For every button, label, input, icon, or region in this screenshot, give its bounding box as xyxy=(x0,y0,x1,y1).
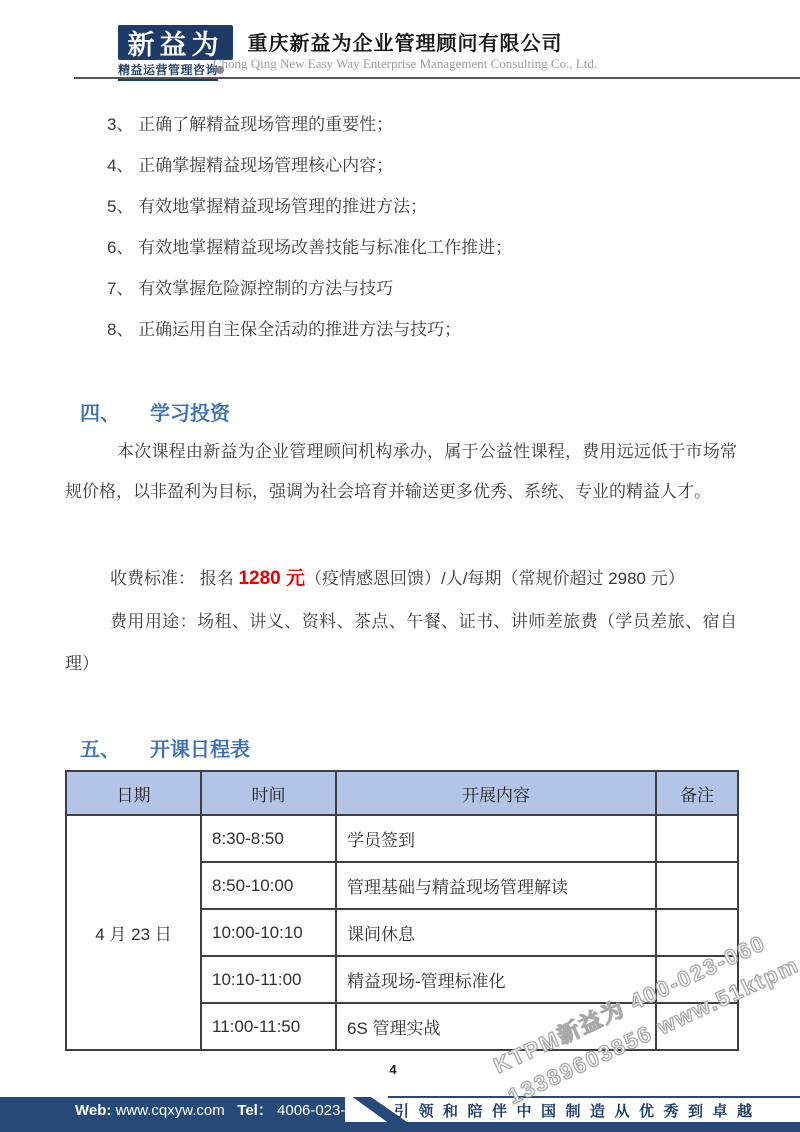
objective-item: 8、 正确运用自主保全活动的推进方法与技巧； xyxy=(107,315,737,340)
section-number: 五、 xyxy=(80,733,150,762)
time-cell: 10:00-10:10 xyxy=(201,909,336,956)
document-page: 新益为 精益运营管理咨询 重庆新益为企业管理顾问有限公司 Chong Qing … xyxy=(0,0,800,1132)
company-name-cn: 重庆新益为企业管理顾问有限公司 xyxy=(240,27,570,56)
note-cell xyxy=(656,815,738,862)
web-url[interactable]: www.cqxyw.com xyxy=(116,1102,225,1119)
section-title: 开课日程表 xyxy=(150,739,250,761)
objective-item: 3、 正确了解精益现场管理的重要性； xyxy=(107,110,737,135)
note-cell xyxy=(656,909,738,956)
investment-paragraph: 本次课程由新益为企业管理顾问机构承办，属于公益性课程，费用远远低于市场常规价格，… xyxy=(65,432,737,512)
note-cell xyxy=(656,862,738,909)
tel-label: Tel： xyxy=(237,1102,273,1119)
page-number: 4 xyxy=(0,1062,786,1077)
footer-contact-bar: Web: www.cqxyw.com Tel： 4006-023-060 xyxy=(0,1097,345,1122)
section-title: 学习投资 xyxy=(150,403,230,425)
objective-item: 7、 有效掌握危险源控制的方法与技巧 xyxy=(107,274,737,299)
note-cell xyxy=(656,1003,738,1050)
time-cell: 8:50-10:00 xyxy=(201,862,336,909)
section-heading-schedule: 五、开课日程表 xyxy=(80,733,250,762)
footer-top-line xyxy=(388,1096,800,1098)
table-header-row: 日期 时间 开展内容 备注 xyxy=(66,771,738,815)
table-row: 4 月 23 日 8:30-8:50 学员签到 xyxy=(66,815,738,862)
col-header-date: 日期 xyxy=(66,771,201,815)
footer-slogan: 引领和陪伴中国制造从优秀到卓越 xyxy=(394,1100,774,1121)
fee-prefix: 收费标准： 报名 xyxy=(110,569,238,588)
content-cell: 管理基础与精益现场管理解读 xyxy=(336,862,656,909)
content-cell: 学员签到 xyxy=(336,815,656,862)
company-logo: 新益为 xyxy=(118,25,233,60)
fee-suffix: （疫情感恩回馈）/人/每期（常规价超过 2980 元） xyxy=(305,569,685,588)
tel-number: 4006-023-060 xyxy=(277,1102,370,1119)
objective-item: 4、 正确掌握精益现场管理核心内容； xyxy=(107,151,737,176)
time-cell: 11:00-11:50 xyxy=(201,1003,336,1050)
objective-item: 5、 有效地掌握精益现场管理的推进方法； xyxy=(107,192,737,217)
header-divider xyxy=(74,77,800,79)
fee-line: 收费标准： 报名 1280 元（疫情感恩回馈）/人/每期（常规价超过 2980 … xyxy=(65,559,737,599)
content-cell: 6S 管理实战 xyxy=(336,1003,656,1050)
note-cell xyxy=(656,956,738,1003)
company-name-en: Chong Qing New Easy Way Enterprise Manag… xyxy=(205,56,605,72)
col-header-content: 开展内容 xyxy=(336,771,656,815)
web-label: Web: xyxy=(75,1102,111,1119)
time-cell: 10:10-11:00 xyxy=(201,956,336,1003)
time-cell: 8:30-8:50 xyxy=(201,815,336,862)
date-cell: 4 月 23 日 xyxy=(66,815,201,1050)
content-cell: 精益现场-管理标准化 xyxy=(336,956,656,1003)
section-number: 四、 xyxy=(80,397,150,426)
footer-contact-text: Web: www.cqxyw.com Tel： 4006-023-060 xyxy=(75,1099,370,1120)
objective-item: 6、 有效地掌握精益现场改善技能与标准化工作推进； xyxy=(107,233,737,258)
fee-usage-paragraph: 费用用途：场租、讲义、资料、茶点、午餐、证书、讲师差旅费（学员差旅、宿自理） xyxy=(65,601,737,685)
schedule-table: 日期 时间 开展内容 备注 4 月 23 日 8:30-8:50 学员签到 8:… xyxy=(65,770,739,1051)
col-header-time: 时间 xyxy=(201,771,336,815)
fee-price: 1280 元 xyxy=(238,568,305,589)
content-cell: 课间休息 xyxy=(336,909,656,956)
section-heading-investment: 四、学习投资 xyxy=(80,397,230,426)
footer-bottom-strip xyxy=(0,1122,800,1132)
col-header-note: 备注 xyxy=(656,771,738,815)
